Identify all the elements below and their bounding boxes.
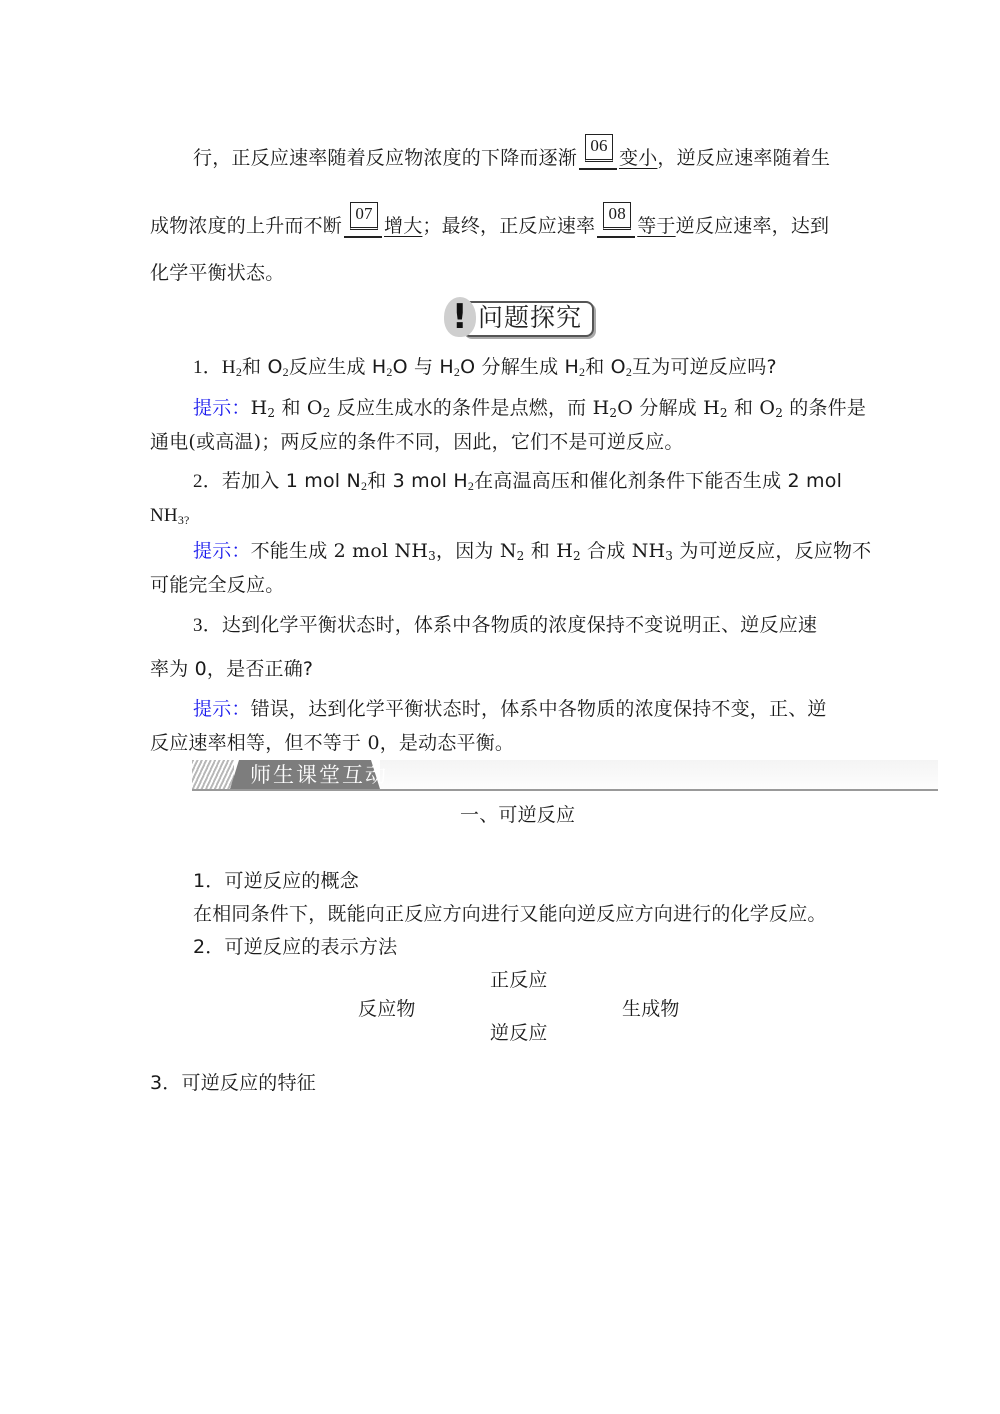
banner-background <box>380 760 938 789</box>
diagram-reactant-label: 反应物 <box>358 994 416 1021</box>
question-3-line-2: 率为 0，是否正确? <box>150 654 313 681</box>
subscript: 3 <box>428 549 436 563</box>
diagram-product-label: 生成物 <box>622 994 680 1021</box>
hint-text: 合成 NH <box>581 540 665 562</box>
question-number: 3． <box>193 615 222 636</box>
exclamation-icon: ! <box>452 297 468 337</box>
hint-1-line-2: 通电(或高温)；两反应的条件不同，因此，它们不是可逆反应。 <box>150 427 684 454</box>
subscript: 2 <box>720 406 728 420</box>
hint-2-line-1: 提示：不能生成 2 mol NH3，因为 N2 和 H2 合成 NH3 为可逆反… <box>193 536 871 563</box>
question-2-line-1: 2．若加入 1 mol N2和 3 mol H2在高温高压和催化剂条件下能否生成… <box>193 466 842 493</box>
hint-label: 提示： <box>193 540 251 562</box>
q-text: 和 O <box>585 356 626 378</box>
q-text: 和 O <box>242 356 283 378</box>
hint-text: 错误，达到化学平衡状态时，体系中各物质的浓度保持不变，正、逆 <box>251 698 827 720</box>
intro-line-1: 行，正反应速率随着反应物浓度的下降而逐渐06变小，逆反应速率随着生 <box>193 142 830 170</box>
hint-3-line-1: 提示：错误，达到化学平衡状态时，体系中各物质的浓度保持不变，正、逆 <box>193 694 827 721</box>
problem-explore-badge: ! 问题探究 <box>442 297 594 339</box>
banner-title: 师生课堂互动 <box>250 761 388 789</box>
answer-text: 增大 <box>384 215 422 237</box>
q-text: 反应生成 H <box>289 356 387 378</box>
hint-text: 不能生成 2 mol NH <box>251 540 429 562</box>
blank-number: 07 <box>350 202 378 230</box>
q-text: 互为可逆反应吗? <box>632 356 777 378</box>
hint-text: 反应生成水的条件是点燃，而 H <box>331 397 610 419</box>
q-text: 若加入 1 mol N <box>222 470 361 492</box>
item-1-body: 在相同条件下，既能向正反应方向进行又能向逆反应方向进行的化学反应。 <box>193 899 827 926</box>
hint-text: 为可逆反应，反应物不 <box>673 540 871 562</box>
badge-label: 问题探究 <box>478 302 582 334</box>
intro-line-1-suffix: ，逆反应速率随着生 <box>657 147 830 169</box>
subscript: 2 <box>573 549 581 563</box>
subscript: 3 <box>665 549 673 563</box>
subscript: 2 <box>323 406 331 420</box>
q-text: 和 3 mol H <box>367 470 468 492</box>
subscript: 3? <box>178 513 190 527</box>
hint-text: H <box>251 397 268 419</box>
q-text: NH <box>150 505 178 526</box>
banner-stripes <box>192 760 234 789</box>
q-text: H <box>222 357 236 378</box>
intro-line-2-prefix: 成物浓度的上升而不断 <box>150 215 342 237</box>
answer-text: 等于 <box>637 215 675 237</box>
section-heading: 一、可逆反应 <box>460 800 575 827</box>
q-text: 在高温高压和催化剂条件下能否生成 2 mol <box>474 470 842 492</box>
diagram-forward-label: 正反应 <box>490 965 548 992</box>
intro-line-2: 成物浓度的上升而不断07增大；最终，正反应速率08等于逆反应速率，达到 <box>150 210 829 238</box>
fill-blank-08: 08 <box>597 210 635 238</box>
subscript: 2 <box>775 406 783 420</box>
question-2-line-2: NH3? <box>150 505 190 527</box>
subscript: 2 <box>517 549 525 563</box>
hint-text: 和 O <box>728 397 775 419</box>
q-text: O 与 H <box>393 356 454 378</box>
intro-line-2-suffix: 逆反应速率，达到 <box>676 215 830 237</box>
item-3-title: 3．可逆反应的特征 <box>150 1068 316 1095</box>
question-3-line-1: 3．达到化学平衡状态时，体系中各物质的浓度保持不变说明正、逆反应速 <box>193 610 817 637</box>
answer-text: 变小 <box>619 147 657 169</box>
hint-text: ，因为 N <box>436 540 517 562</box>
blank-number: 08 <box>603 202 631 230</box>
q-text: 达到化学平衡状态时，体系中各物质的浓度保持不变说明正、逆反应速 <box>222 614 817 636</box>
question-1: 1．H2和 O2反应生成 H2O 与 H2O 分解生成 H2和 O2互为可逆反应… <box>193 352 777 379</box>
item-1-title: 1．可逆反应的概念 <box>193 866 359 893</box>
fill-blank-07: 07 <box>344 210 382 238</box>
q-text: O 分解生成 H <box>460 356 579 378</box>
section-banner: 师生课堂互动 <box>192 760 938 790</box>
banner-rule <box>192 789 938 791</box>
hint-3-line-2: 反应速率相等，但不等于 0，是动态平衡。 <box>150 728 514 755</box>
hint-label: 提示： <box>193 698 251 720</box>
intro-line-2-middle: ；最终，正反应速率 <box>422 215 595 237</box>
hint-text: 的条件是 <box>783 397 866 419</box>
hint-2-line-2: 可能完全反应。 <box>150 570 284 597</box>
hint-text: 和 H <box>525 540 573 562</box>
diagram-reverse-label: 逆反应 <box>490 1018 548 1045</box>
item-2-title: 2．可逆反应的表示方法 <box>193 932 397 959</box>
hint-label: 提示： <box>193 397 251 419</box>
question-number: 2． <box>193 471 222 492</box>
intro-line-3: 化学平衡状态。 <box>150 258 284 285</box>
intro-line-1-prefix: 行，正反应速率随着反应物浓度的下降而逐渐 <box>193 147 577 169</box>
question-number: 1． <box>193 357 222 378</box>
hint-1-line-1: 提示：H2 和 O2 反应生成水的条件是点燃，而 H2O 分解成 H2 和 O2… <box>193 393 866 420</box>
blank-number: 06 <box>585 134 613 162</box>
fill-blank-06: 06 <box>579 142 617 170</box>
hint-text: O 分解成 H <box>617 397 720 419</box>
hint-text: 和 O <box>275 397 322 419</box>
